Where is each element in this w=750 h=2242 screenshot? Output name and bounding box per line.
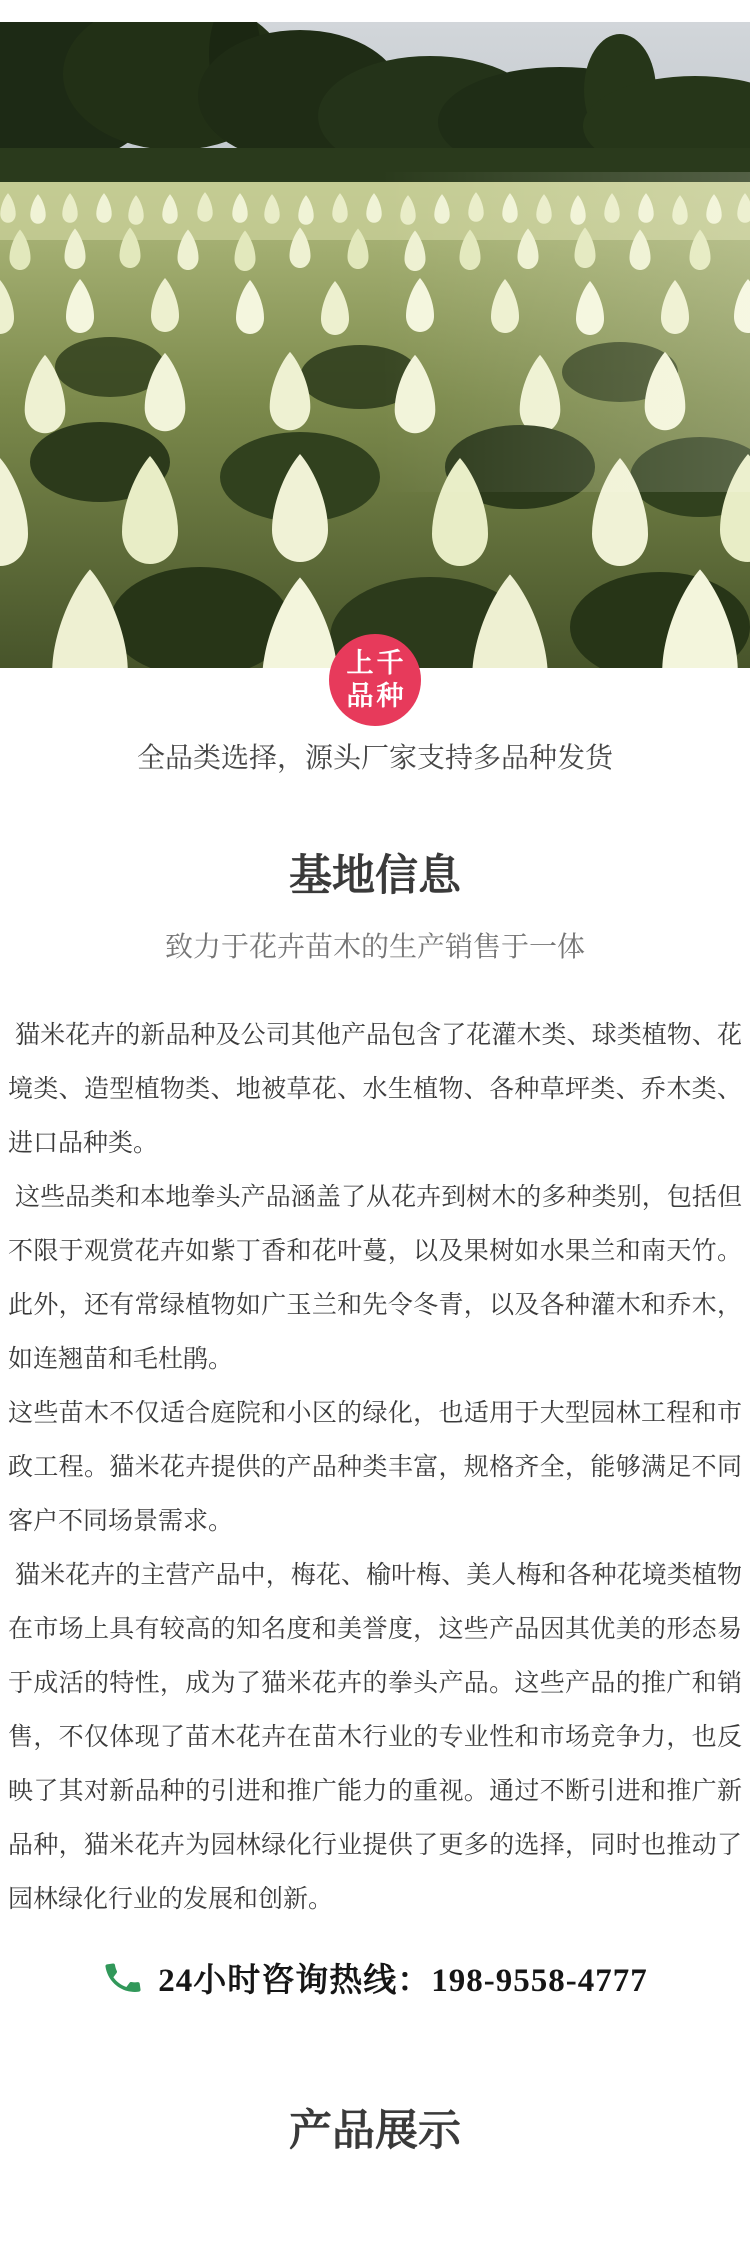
variety-badge: 上千 品种: [329, 634, 421, 726]
hotline-number[interactable]: 24小时咨询热线：198-9558-4777: [158, 1954, 647, 2001]
sun-glare: [380, 172, 750, 492]
product-detail-page: 上千 品种 全品类选择，源头厂家支持多品种发货 基地信息 致力于花卉苗木的生产销…: [0, 0, 750, 2242]
hotline-row[interactable]: 24小时咨询热线：198-9558-4777: [0, 1954, 750, 2001]
hero-photo-section: 上千 品种: [0, 22, 750, 668]
base-info-title: 基地信息: [0, 850, 750, 904]
article-paragraph: 猫米花卉的新品种及公司其他产品包含了花灌木类、球类植物、花境类、造型植物类、地被…: [8, 1008, 742, 1170]
article-paragraph: 这些苗木不仅适合庭院和小区的绿化，也适用于大型园林工程和市政工程。猫米花卉提供的…: [8, 1386, 742, 1548]
base-info-subtitle: 致力于花卉苗木的生产销售于一体: [0, 930, 750, 964]
products-title: 产品展示: [0, 2105, 750, 2159]
badge-line2: 品种: [344, 680, 407, 713]
hero-tagline: 全品类选择，源头厂家支持多品种发货: [0, 742, 750, 774]
base-info-article: 猫米花卉的新品种及公司其他产品包含了花灌木类、球类植物、花境类、造型植物类、地被…: [0, 1008, 750, 1926]
phone-icon: [102, 1957, 144, 1999]
badge-line1: 上千: [344, 647, 407, 680]
hydrangea-field-photo: [0, 22, 750, 668]
article-paragraph: 这些品类和本地拳头产品涵盖了从花卉到树木的多种类别，包括但不限于观赏花卉如紫丁香…: [8, 1170, 742, 1386]
article-paragraph: 猫米花卉的主营产品中，梅花、榆叶梅、美人梅和各种花境类植物在市场上具有较高的知名…: [8, 1548, 742, 1926]
